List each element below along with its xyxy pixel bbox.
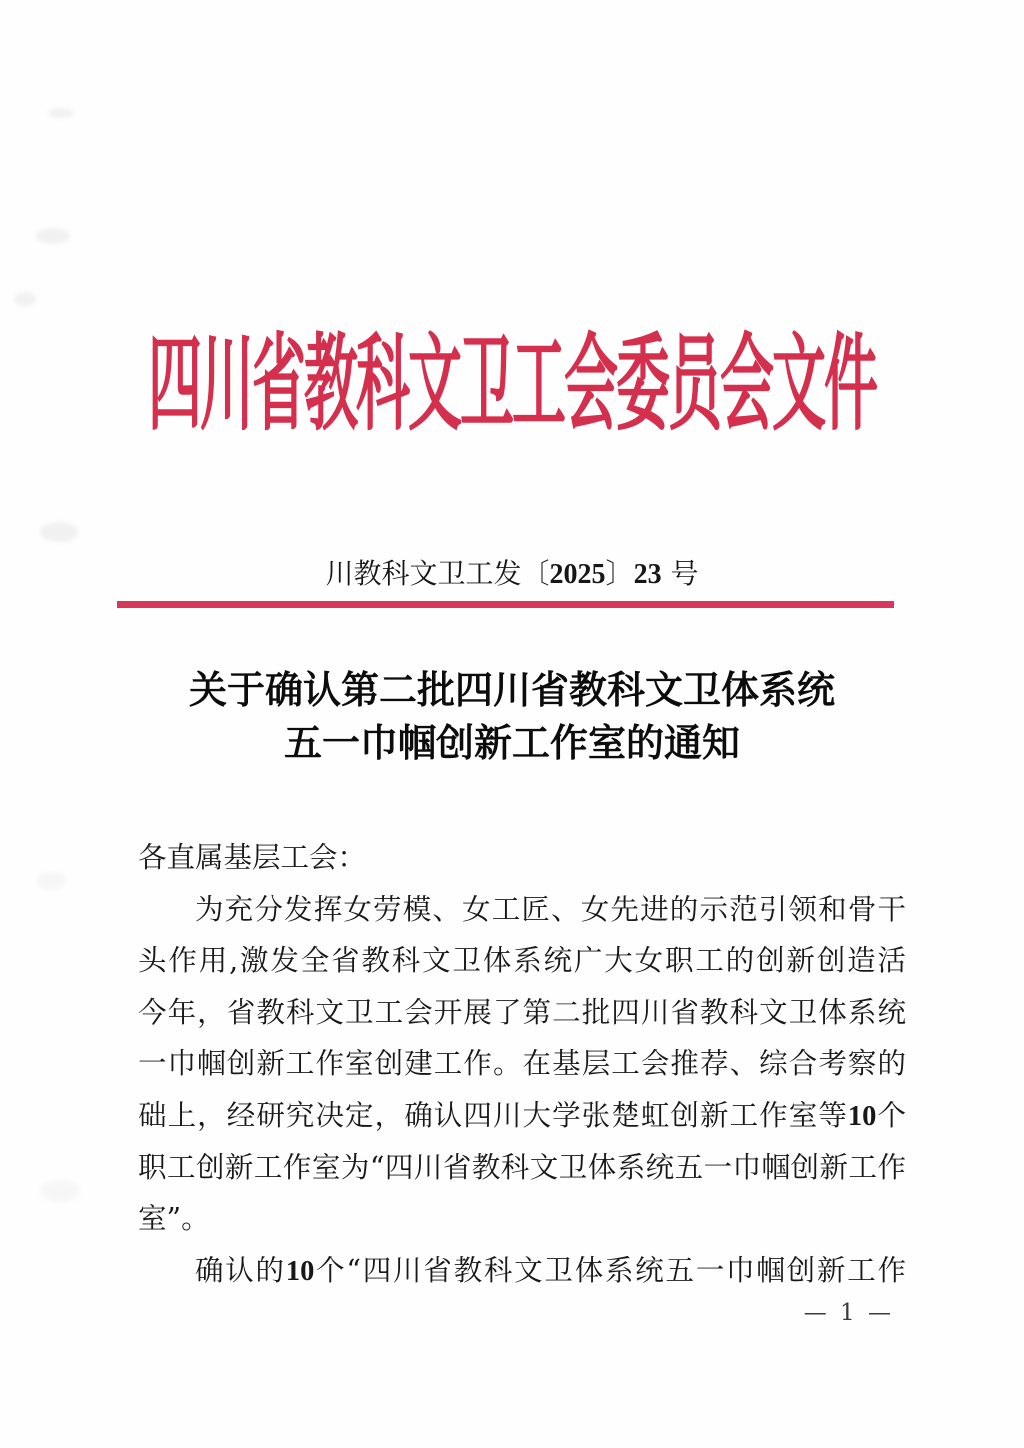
- document-title: 关于确认第二批四川省教科文卫体系统 五一巾帼创新工作室的通知: [0, 663, 1024, 769]
- red-divider: [117, 601, 894, 608]
- body-line: 职工创新工作室为“四川省教科文卫体系统五一巾帼创新工作: [138, 1142, 906, 1194]
- letterhead-banner: 四川省教科文卫工会委员会文件: [0, 322, 1024, 444]
- scan-artifact: [14, 292, 36, 306]
- document-page: 四川省教科文卫工会委员会文件 川教科文卫工发〔2025〕23 号 关于确认第二批…: [0, 0, 1024, 1448]
- body-line: 室”。: [138, 1193, 906, 1245]
- page-number: — 1 —: [804, 1298, 894, 1328]
- body-line: 础上，经研究决定，确认四川大学张楚虹创新工作室等10个女: [138, 1090, 906, 1142]
- document-title-line2: 五一巾帼创新工作室的通知: [0, 716, 1024, 769]
- letterhead-text: 四川省教科文卫工会委员会文件: [148, 330, 876, 435]
- doc-number: 川教科文卫工发〔2025〕23 号: [0, 556, 1024, 593]
- body-line: 为充分发挥女劳模、女工匠、女先进的示范引领和骨干带: [138, 884, 906, 936]
- scan-artifact: [36, 872, 66, 890]
- body-line: 一巾帼创新工作室创建工作。在基层工会推荐、综合考察的基: [138, 1038, 906, 1090]
- salutation: 各直属基层工会：: [138, 832, 906, 884]
- scan-artifact: [40, 522, 78, 542]
- document-title-line1: 关于确认第二批四川省教科文卫体系统: [0, 663, 1024, 716]
- scan-artifact: [36, 228, 70, 244]
- body-paragraphs: 为充分发挥女劳模、女工匠、女先进的示范引领和骨干带头作用,激发全省教科文卫体系统…: [138, 884, 906, 1297]
- body-line: 今年，省教科文卫工会开展了第二批四川省教科文卫体系统五: [138, 987, 906, 1039]
- scan-artifact: [40, 1180, 80, 1202]
- scan-artifact: [48, 108, 74, 118]
- body-line: 头作用,激发全省教科文卫体系统广大女职工的创新创造活力，: [138, 935, 906, 987]
- body-text: 各直属基层工会： 为充分发挥女劳模、女工匠、女先进的示范引领和骨干带头作用,激发…: [138, 832, 906, 1296]
- body-line: 确认的10个“四川省教科文卫体系统五一巾帼创新工作室”: [138, 1245, 906, 1297]
